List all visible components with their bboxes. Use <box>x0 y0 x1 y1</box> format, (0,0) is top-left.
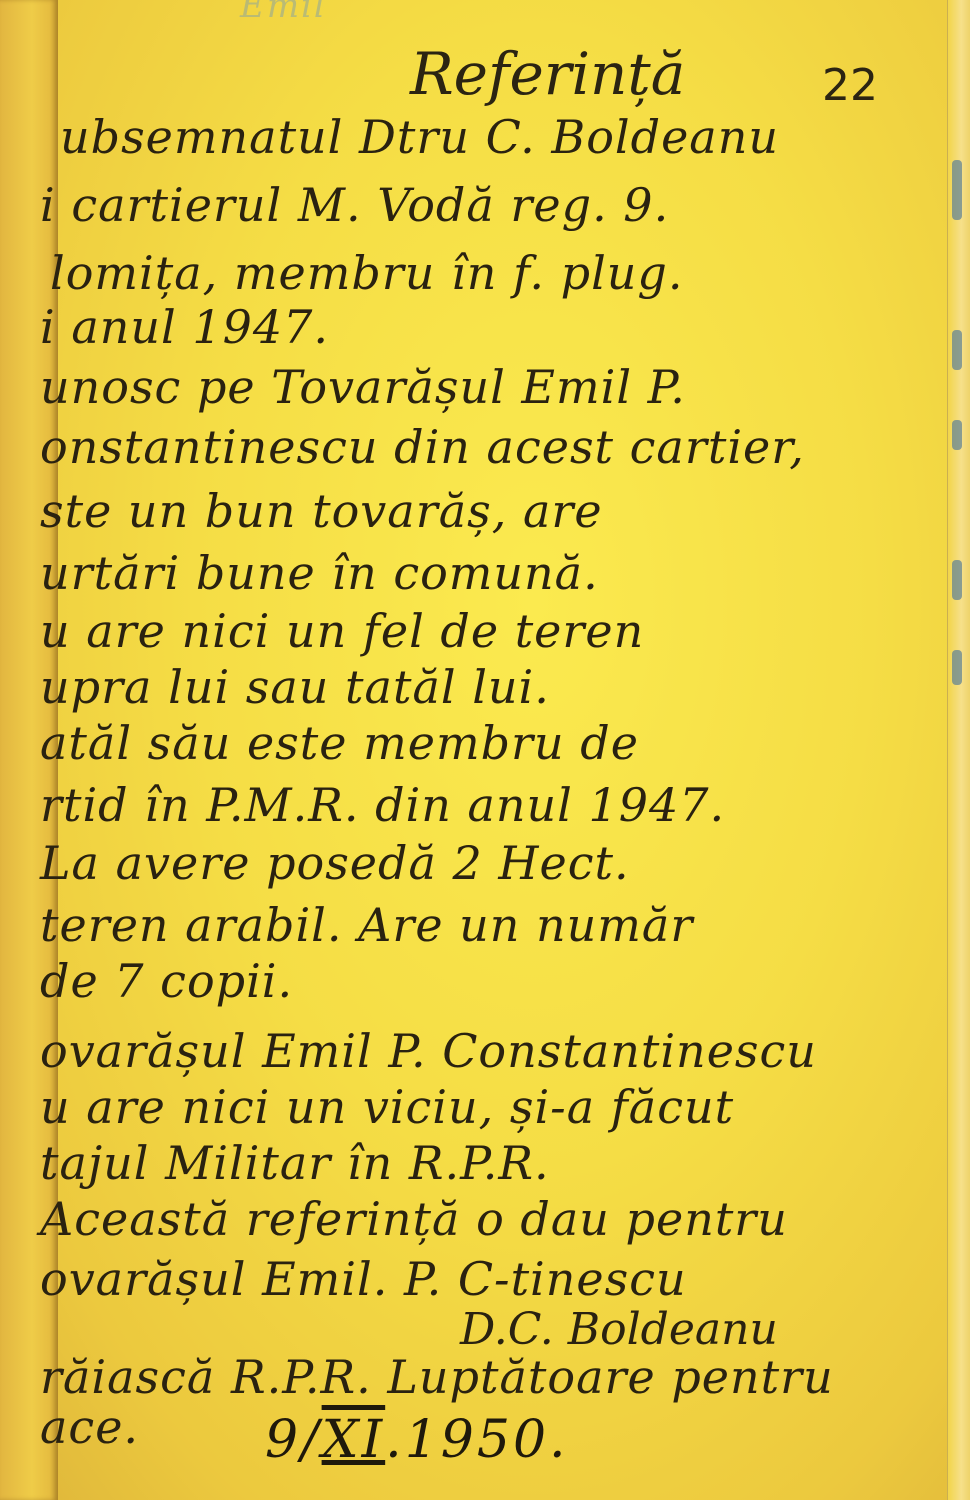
right-page-edge <box>947 0 970 1500</box>
text-line: teren arabil. Are un număr <box>40 898 693 952</box>
margin-ink-mark <box>952 650 962 685</box>
text-line: lomița, membru în f. plug. <box>50 246 683 300</box>
date-month: XI <box>322 1410 386 1470</box>
text-line: ovarășul Emil. P. C-tinescu <box>40 1252 687 1306</box>
text-line: i anul 1947. <box>40 300 329 354</box>
text-line: ace. <box>40 1400 139 1454</box>
text-line: răiască R.P.R. Luptătoare pentru <box>40 1350 834 1404</box>
text-line: La avere posedă 2 Hect. <box>40 836 630 890</box>
document-title: Referință <box>410 40 685 108</box>
text-line: unosc pe Tovarășul Emil P. <box>40 360 686 414</box>
document-date: 9/XI.1950. <box>265 1410 569 1470</box>
text-line: upra lui sau tatăl lui. <box>40 660 550 714</box>
faded-header-text: Emil <box>240 0 327 26</box>
margin-ink-mark <box>952 160 962 220</box>
date-day: 9/ <box>265 1410 322 1470</box>
text-line: ubsemnatul Dtru C. Boldeanu <box>60 110 779 164</box>
text-line: tajul Militar în R.P.R. <box>40 1136 550 1190</box>
margin-ink-mark <box>952 560 962 600</box>
text-line: Această referință o dau pentru <box>40 1192 788 1246</box>
text-line: ste un bun tovarăș, are <box>40 484 603 538</box>
date-year: .1950. <box>385 1410 568 1470</box>
document-photo: Emil Referință 22 ubsemnatul Dtru C. Bol… <box>0 0 970 1500</box>
text-line: atăl său este membru de <box>40 716 639 770</box>
text-line: ovarășul Emil P. Constantinescu <box>40 1024 817 1078</box>
text-line: rtid în P.M.R. din anul 1947. <box>40 778 725 832</box>
text-line: u are nici un fel de teren <box>40 604 644 658</box>
margin-ink-mark <box>952 420 962 450</box>
signature: D.C. Boldeanu <box>460 1304 778 1355</box>
text-line: i cartierul M. Vodă reg. 9. <box>40 178 669 232</box>
text-line: de 7 copii. <box>40 954 293 1008</box>
text-line: u are nici un viciu, și-a făcut <box>40 1080 734 1134</box>
margin-ink-mark <box>952 330 962 370</box>
text-line: onstantinescu din acest cartier, <box>40 420 805 474</box>
page-number: 22 <box>822 60 878 111</box>
text-line: urtări bune în comună. <box>40 546 599 600</box>
